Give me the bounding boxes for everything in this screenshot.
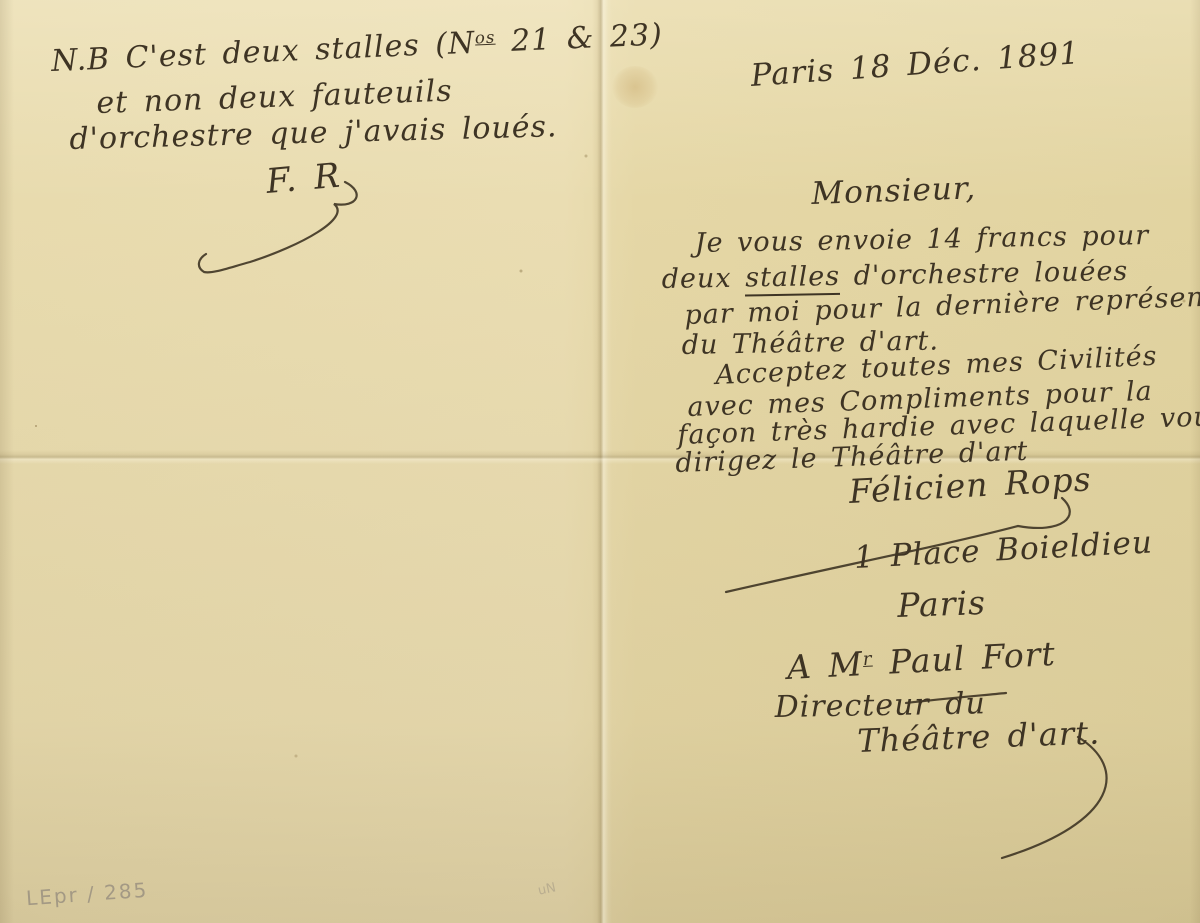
addressee-line-1-start: A M <box>786 644 864 687</box>
sender-initials: F. R <box>265 156 343 202</box>
note-line-1-text: N.B C'est deux stalles (N <box>50 26 475 79</box>
addressee-line-1: A Mr Paul Fort <box>786 634 1057 687</box>
dateline: Paris 18 Déc. 1891 <box>749 35 1081 94</box>
closing-flourish <box>1002 737 1107 858</box>
inventory-number: LEpr / 285 <box>25 878 149 910</box>
note-superscript: os <box>474 28 495 48</box>
vertical-fold-crease <box>592 0 612 923</box>
paper-specks <box>35 425 37 427</box>
letter-scan: N.B C'est deux stalles (Nos 21 & 23) et … <box>0 0 1200 923</box>
address-line-1: 1 Place Boieldieu <box>853 524 1154 576</box>
body-line-1: Je vous envoie 14 francs pour <box>694 220 1149 259</box>
underlined-word: stalles <box>745 261 841 297</box>
salutation: Monsieur, <box>811 170 977 212</box>
addressee-line-1-end: Paul Fort <box>872 634 1057 683</box>
faint-pencil-mark: uN <box>537 880 558 898</box>
body-line-2-start: deux <box>661 263 745 295</box>
addressee-line-3: Théâtre d'art. <box>857 714 1101 760</box>
address-line-2: Paris <box>897 583 987 625</box>
note-line-1: N.B C'est deux stalles (Nos 21 & 23) <box>50 17 663 79</box>
note-line-1-end: 21 & 23) <box>495 17 664 59</box>
paper-stain <box>612 66 658 108</box>
